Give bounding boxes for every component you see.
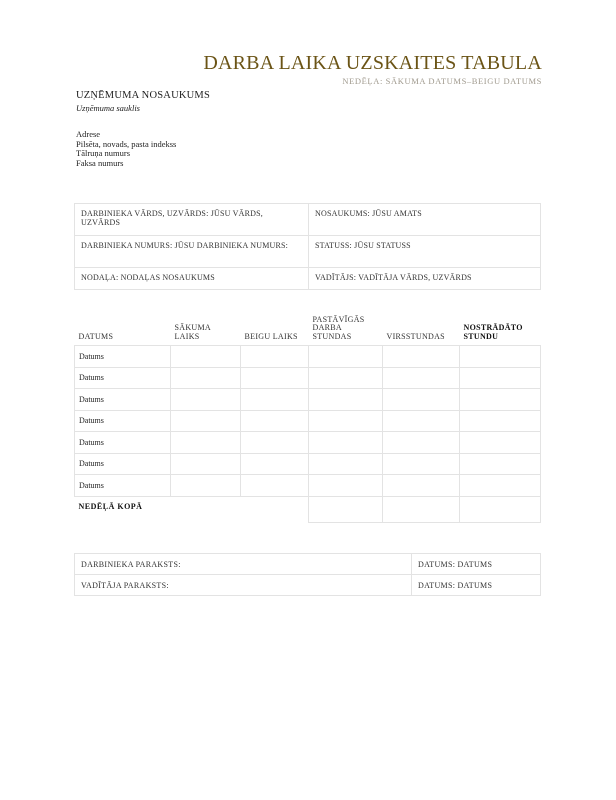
- company-slogan[interactable]: Uzņēmuma sauklis: [76, 103, 210, 113]
- signature-table: DARBINIEKA PARAKSTS: DATUMS: DATUMS VADĪ…: [74, 553, 541, 596]
- table-row: Datums: [75, 346, 541, 368]
- regular-hours-cell[interactable]: [309, 453, 383, 475]
- document-title: DARBA LAIKA UZSKAITES TABULA: [203, 52, 542, 75]
- table-row: Datums: [75, 367, 541, 389]
- week-range[interactable]: NEDĒĻA: SĀKUMA DATUMS–BEIGU DATUMS: [342, 76, 542, 86]
- col-start-time: SĀKUMA LAIKS: [171, 308, 241, 346]
- total-hours-cell[interactable]: [460, 346, 541, 368]
- regular-hours-cell[interactable]: [309, 367, 383, 389]
- overtime-cell[interactable]: [383, 410, 460, 432]
- end-time-cell[interactable]: [241, 475, 309, 497]
- start-time-cell[interactable]: [171, 367, 241, 389]
- week-total-row: NEDĒĻĀ KOPĀ: [75, 496, 541, 522]
- start-time-cell[interactable]: [171, 346, 241, 368]
- manager-signature-date[interactable]: DATUMS: DATUMS: [412, 575, 541, 596]
- manager-cell[interactable]: VADĪTĀJS: VADĪTĀJA VĀRDS, UZVĀRDS: [309, 268, 541, 290]
- regular-hours-cell[interactable]: [309, 410, 383, 432]
- overtime-cell[interactable]: [383, 389, 460, 411]
- total-hours-sum-cell[interactable]: [460, 496, 541, 522]
- date-cell[interactable]: Datums: [75, 410, 171, 432]
- regular-hours-cell[interactable]: [309, 432, 383, 454]
- table-row: Datums: [75, 410, 541, 432]
- employee-signature-field[interactable]: DARBINIEKA PARAKSTS:: [75, 554, 412, 575]
- end-time-cell[interactable]: [241, 389, 309, 411]
- col-date: DATUMS: [75, 308, 171, 346]
- end-time-cell[interactable]: [241, 432, 309, 454]
- employee-signature-date[interactable]: DATUMS: DATUMS: [412, 554, 541, 575]
- job-title-cell[interactable]: NOSAUKUMS: JŪSU AMATS: [309, 204, 541, 236]
- date-cell[interactable]: Datums: [75, 367, 171, 389]
- date-cell[interactable]: Datums: [75, 432, 171, 454]
- col-total-hours: NOSTRĀDĀTO STUNDU: [460, 308, 541, 346]
- hours-header-row: DATUMS SĀKUMA LAIKS BEIGU LAIKS PASTĀVĪG…: [75, 308, 541, 346]
- overtime-cell[interactable]: [383, 346, 460, 368]
- week-total-label: NEDĒĻĀ KOPĀ: [75, 496, 309, 522]
- date-cell[interactable]: Datums: [75, 453, 171, 475]
- table-row: Datums: [75, 475, 541, 497]
- employee-info-table: DARBINIEKA VĀRDS, UZVĀRDS: JŪSU VĀRDS, U…: [74, 203, 541, 290]
- end-time-cell[interactable]: [241, 410, 309, 432]
- total-hours-cell[interactable]: [460, 367, 541, 389]
- company-name[interactable]: UZŅĒMUMA NOSAUKUMS: [76, 90, 210, 101]
- regular-hours-cell[interactable]: [309, 346, 383, 368]
- end-time-cell[interactable]: [241, 453, 309, 475]
- date-cell[interactable]: Datums: [75, 389, 171, 411]
- address-block: Adrese Pilsēta, novads, pasta indekss Tā…: [76, 130, 176, 168]
- regular-hours-cell[interactable]: [309, 475, 383, 497]
- start-time-cell[interactable]: [171, 453, 241, 475]
- total-hours-cell[interactable]: [460, 432, 541, 454]
- total-regular-cell[interactable]: [309, 496, 383, 522]
- end-time-cell[interactable]: [241, 367, 309, 389]
- total-overtime-cell[interactable]: [383, 496, 460, 522]
- table-row: Datums: [75, 389, 541, 411]
- total-hours-cell[interactable]: [460, 410, 541, 432]
- start-time-cell[interactable]: [171, 475, 241, 497]
- regular-hours-cell[interactable]: [309, 389, 383, 411]
- col-overtime: VIRSSTUNDAS: [383, 308, 460, 346]
- start-time-cell[interactable]: [171, 389, 241, 411]
- total-hours-cell[interactable]: [460, 389, 541, 411]
- status-cell[interactable]: STATUSS: JŪSU STATUSS: [309, 236, 541, 268]
- table-row: Datums: [75, 432, 541, 454]
- employee-number-cell[interactable]: DARBINIEKA NUMURS: JŪSU DARBINIEKA NUMUR…: [75, 236, 309, 268]
- overtime-cell[interactable]: [383, 367, 460, 389]
- col-end-time: BEIGU LAIKS: [241, 308, 309, 346]
- date-cell[interactable]: Datums: [75, 346, 171, 368]
- hours-table: DATUMS SĀKUMA LAIKS BEIGU LAIKS PASTĀVĪG…: [74, 308, 541, 523]
- overtime-cell[interactable]: [383, 475, 460, 497]
- table-row: Datums: [75, 453, 541, 475]
- overtime-cell[interactable]: [383, 432, 460, 454]
- total-hours-cell[interactable]: [460, 475, 541, 497]
- manager-signature-field[interactable]: VADĪTĀJA PARAKSTS:: [75, 575, 412, 596]
- fax-line[interactable]: Faksa numurs: [76, 159, 176, 169]
- start-time-cell[interactable]: [171, 410, 241, 432]
- overtime-cell[interactable]: [383, 453, 460, 475]
- col-regular-hours: PASTĀVĪGĀS DARBA STUNDAS: [309, 308, 383, 346]
- department-cell[interactable]: NODAĻA: NODAĻAS NOSAUKUMS: [75, 268, 309, 290]
- end-time-cell[interactable]: [241, 346, 309, 368]
- date-cell[interactable]: Datums: [75, 475, 171, 497]
- total-hours-cell[interactable]: [460, 453, 541, 475]
- employee-name-cell[interactable]: DARBINIEKA VĀRDS, UZVĀRDS: JŪSU VĀRDS, U…: [75, 204, 309, 236]
- company-block: UZŅĒMUMA NOSAUKUMS Uzņēmuma sauklis: [76, 90, 210, 113]
- start-time-cell[interactable]: [171, 432, 241, 454]
